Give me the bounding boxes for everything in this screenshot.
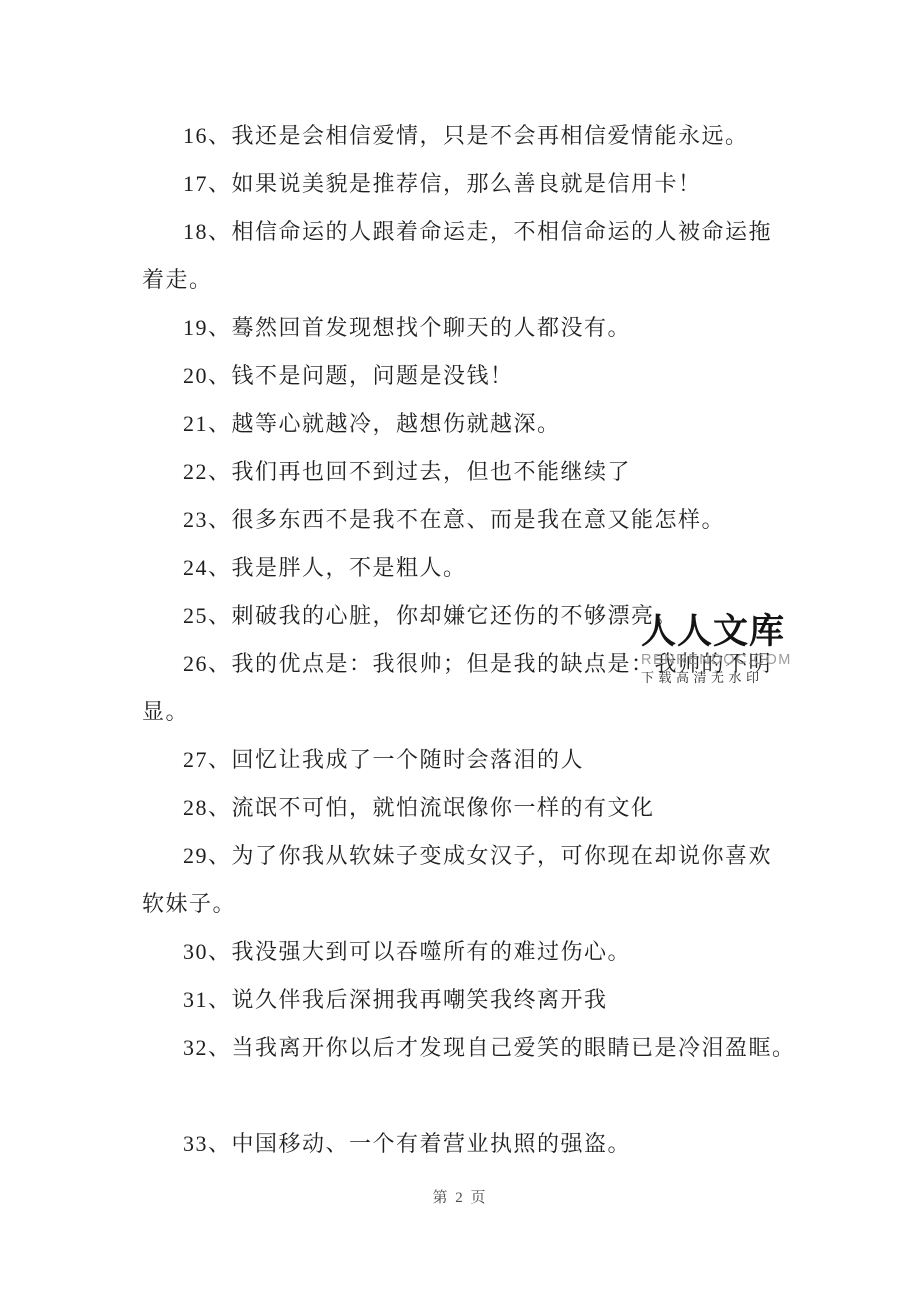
document-page: 16、我还是会相信爱情，只是不会再相信爱情能永远。17、如果说美貌是推荐信，那么… bbox=[0, 0, 920, 1302]
quote-line: 30、我没强大到可以吞噬所有的难过伤心。 bbox=[142, 928, 782, 976]
page-number: 第 2 页 bbox=[0, 1186, 920, 1207]
quote-line: 32、当我离开你以后才发现自己爱笑的眼睛已是冷泪盈眶。 bbox=[142, 1024, 782, 1072]
quote-line: 26、我的优点是：我很帅；但是我的缺点是：我帅的不明 bbox=[142, 640, 782, 688]
document-body: 16、我还是会相信爱情，只是不会再相信爱情能永远。17、如果说美貌是推荐信，那么… bbox=[142, 112, 782, 1168]
quote-line: 20、钱不是问题，问题是没钱！ bbox=[142, 352, 782, 400]
quote-line: 27、回忆让我成了一个随时会落泪的人 bbox=[142, 736, 782, 784]
quote-line: 21、越等心就越冷，越想伤就越深。 bbox=[142, 400, 782, 448]
quote-line: 33、中国移动、一个有着营业执照的强盗。 bbox=[142, 1120, 782, 1168]
quote-line: 17、如果说美貌是推荐信，那么善良就是信用卡！ bbox=[142, 160, 782, 208]
quote-line-continuation: 显。 bbox=[142, 688, 782, 736]
quote-line: 28、流氓不可怕，就怕流氓像你一样的有文化 bbox=[142, 784, 782, 832]
quote-line: 22、我们再也回不到过去，但也不能继续了 bbox=[142, 448, 782, 496]
quote-line: 19、蓦然回首发现想找个聊天的人都没有。 bbox=[142, 304, 782, 352]
quote-line: 25、刺破我的心脏，你却嫌它还伤的不够漂亮。 bbox=[142, 592, 782, 640]
quote-line: 29、为了你我从软妹子变成女汉子，可你现在却说你喜欢 bbox=[142, 832, 782, 880]
quote-line: 24、我是胖人，不是粗人。 bbox=[142, 544, 782, 592]
quote-line: 18、相信命运的人跟着命运走，不相信命运的人被命运拖 bbox=[142, 208, 782, 256]
quote-line: 23、很多东西不是我不在意、而是我在意又能怎样。 bbox=[142, 496, 782, 544]
quote-line-continuation: 软妹子。 bbox=[142, 880, 782, 928]
quote-line-continuation: 着走。 bbox=[142, 256, 782, 304]
quote-line: 16、我还是会相信爱情，只是不会再相信爱情能永远。 bbox=[142, 112, 782, 160]
quote-line: 31、说久伴我后深拥我再嘲笑我终离开我 bbox=[142, 976, 782, 1024]
